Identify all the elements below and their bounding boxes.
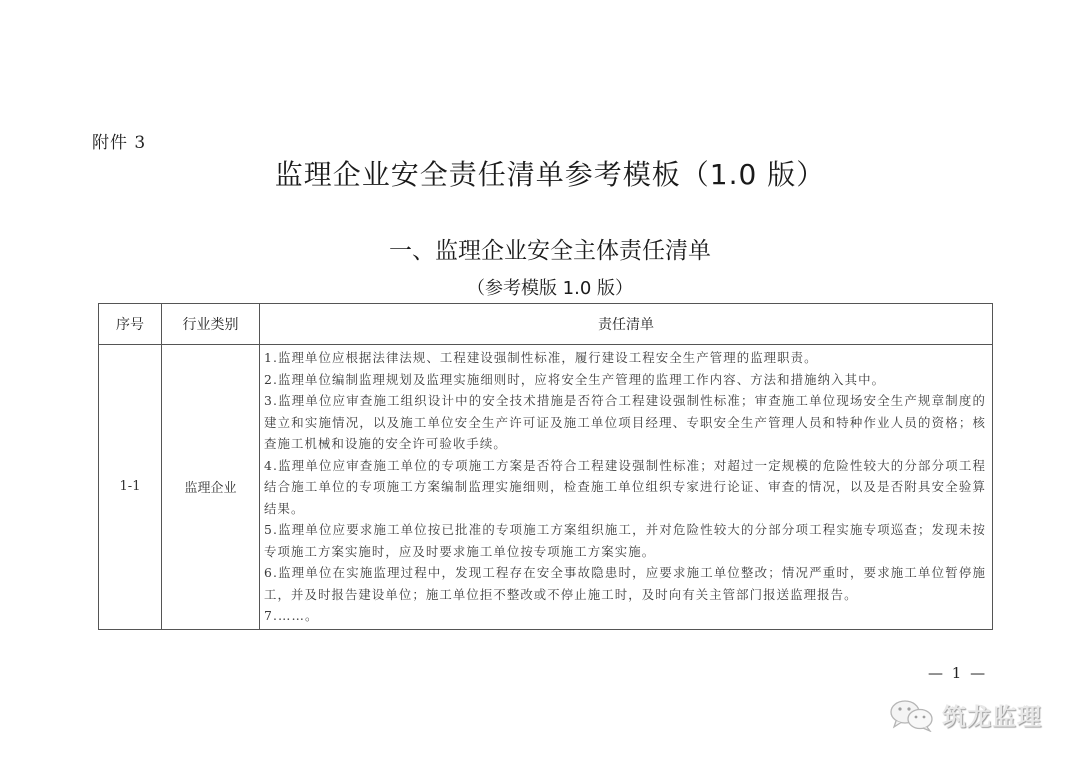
section-subtitle: （参考模版 1.0 版） — [0, 274, 1080, 300]
page-number: — 1 — — [928, 664, 987, 682]
row-seq: 1-1 — [99, 345, 162, 630]
watermark-text: 筑龙监理 — [942, 697, 1042, 732]
clause-1: 1.监理单位应根据法律法规、工程建设强制性标准，履行建设工程安全生产管理的监理职… — [264, 347, 986, 369]
clause-7: 7.……。 — [264, 605, 986, 627]
wechat-icon — [888, 698, 936, 732]
header-responsibilities: 责任清单 — [260, 304, 993, 345]
clause-5: 5.监理单位应要求施工单位按已批准的专项施工方案组织施工，并对危险性较大的分部分… — [264, 519, 986, 562]
table-header-row: 序号 行业类别 责任清单 — [99, 304, 993, 345]
row-responsibilities: 1.监理单位应根据法律法规、工程建设强制性标准，履行建设工程安全生产管理的监理职… — [260, 345, 993, 630]
watermark: 筑龙监理 — [888, 697, 1042, 732]
row-category: 监理企业 — [162, 345, 260, 630]
clause-2: 2.监理单位编制监理规划及监理实施细则时，应将安全生产管理的监理工作内容、方法和… — [264, 369, 986, 391]
attachment-label: 附件 3 — [92, 128, 146, 153]
page-title: 监理企业安全责任清单参考模板（1.0 版） — [0, 153, 1080, 193]
table-row: 1-1 监理企业 1.监理单位应根据法律法规、工程建设强制性标准，履行建设工程安… — [99, 345, 993, 630]
clause-3: 3.监理单位应审查施工组织设计中的安全技术措施是否符合工程建设强制性标准；审查施… — [264, 390, 986, 455]
responsibility-table: 序号 行业类别 责任清单 1-1 监理企业 1.监理单位应根据法律法规、工程建设… — [98, 303, 993, 630]
section-title: 一、监理企业安全主体责任清单 — [0, 232, 1080, 265]
clause-4: 4.监理单位应审查施工单位的专项施工方案是否符合工程建设强制性标准；对超过一定规… — [264, 455, 986, 520]
header-seq: 序号 — [99, 304, 162, 345]
clause-6: 6.监理单位在实施监理过程中，发现工程存在安全事故隐患时，应要求施工单位整改；情… — [264, 562, 986, 605]
header-category: 行业类别 — [162, 304, 260, 345]
